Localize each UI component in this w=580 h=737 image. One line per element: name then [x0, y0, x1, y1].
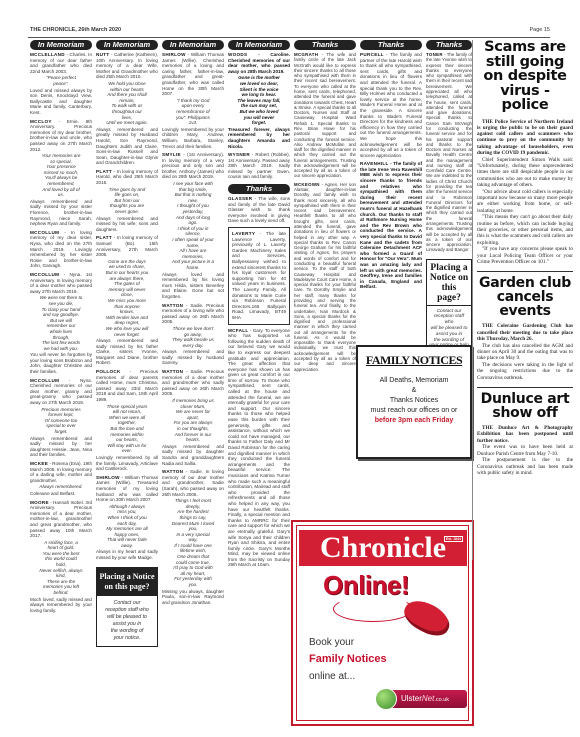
- column-divider: [472, 40, 473, 560]
- notice-name: LAVERTY: [232, 231, 255, 236]
- notice-item: MCCOLLUM - Nyna. 1st Anniversary. In lov…: [30, 272, 92, 375]
- notice-name: MCGRATH: [294, 52, 318, 57]
- mcfall-notice: MCFALL - Gary. To everyone who has suppo…: [228, 328, 290, 569]
- notice-name: PLATT: [96, 169, 112, 174]
- chronicle-logo: Chronicle Est. 1844: [299, 530, 467, 566]
- notice-name: WOODS: [228, 52, 247, 57]
- headline: Dunluce art show off: [477, 392, 573, 420]
- column-in-memoriam-1: In Memoriam MCCLELLAND - Charles. In mem…: [30, 40, 92, 616]
- notice-name: MCKEOWN: [294, 182, 320, 187]
- notice-closing: You will never be forgotten by your lovi…: [30, 352, 92, 374]
- section-header: In Memoriam: [96, 40, 158, 50]
- notice-name: MCCOLLUM: [30, 272, 59, 277]
- article-body: THE Police Service of Northern Ireland i…: [477, 119, 573, 266]
- placing-notice-box: Placing a Notice on this page? Contact o…: [96, 567, 158, 647]
- notice-verse: A smiling face, a heart of gold, You wer…: [30, 540, 92, 596]
- notice-body: - In loving memory of my dear sister, Ny…: [30, 230, 92, 269]
- notice-name: MCCLOY: [30, 119, 52, 124]
- notice-body: - The late Lawrence Laverty, previously …: [232, 231, 286, 320]
- notice-item: MOORE - Hannah Isobel. 3rd Anniversary. …: [30, 500, 92, 614]
- notice-body: - Precious memories of dear parents call…: [96, 369, 158, 402]
- notice-name: NUTT: [96, 52, 109, 57]
- notice-verse: Time goes by and life goes on, But from …: [96, 187, 158, 215]
- notice-verse: Your memories are so special, Your prese…: [30, 153, 92, 198]
- book-online-text: Book your Family Notices online at...: [309, 634, 387, 685]
- notice-closing: Always remembered and greatly missed by …: [96, 127, 158, 166]
- section-header: In Memoriam: [228, 40, 290, 50]
- notice-verse: "Peace perfect peace".: [30, 75, 92, 86]
- notice-item: MCKEE - Rosena (Ena). 19th March 2005. I…: [30, 461, 92, 497]
- notice-closing: Always remembered and sadly missed by da…: [162, 444, 224, 466]
- mouse-cable-icon: [333, 596, 413, 622]
- news-article-garden-club: Garden club cancels events THE Coleraine…: [477, 276, 573, 381]
- notice-name: WYSNER: [228, 152, 250, 157]
- notice-closing: Always remembered and sadly missed by hu…: [162, 349, 224, 365]
- notice-item: SMYLIE - (1st Anniversary). In loving me…: [162, 152, 224, 299]
- notice-item: PLATT - In loving memory of Samuel (Bo).…: [96, 235, 158, 366]
- news-article-scams: Scams are still going on despite virus -…: [477, 40, 573, 265]
- laverty-notice-box: LAVERTY - The late Lawrence Laverty, pre…: [228, 227, 290, 325]
- column-thanks-2: Thanks PURCELL - The family and partner …: [360, 40, 422, 293]
- notice-verse: If memories bring us closer Mum, We are …: [162, 398, 224, 443]
- notice-closing: Coleraine and Belfast.: [30, 491, 75, 496]
- article-body: THE Dunluce Art & Photography Exhibition…: [477, 425, 573, 476]
- chronicle-online-ad[interactable]: Chronicle Est. 1844 Online! Book your Fa…: [291, 520, 474, 726]
- notice-item: WATTON - Sadie. Precious memories of a l…: [162, 303, 224, 367]
- section-header: In Memoriam: [30, 40, 92, 50]
- notice-item: MCCLELLAND - Charles. In memory of our d…: [30, 52, 92, 116]
- notice-verse: Always remembered.: [30, 484, 92, 490]
- notice-name: MCCLELLAND: [30, 52, 65, 57]
- article-body: THE Coleraine Gardening Club has cancell…: [477, 323, 573, 381]
- notice-body: - Hannah Isobel. 3rd Anniversary. Precio…: [30, 500, 92, 539]
- notice-body: - The family of the late Irene Vera Rave…: [360, 161, 422, 289]
- notice-closing: Always in my heart and sadly missed by y…: [96, 549, 158, 560]
- notice-item: RAVENHILL - The family of the late Irene…: [360, 161, 422, 290]
- family-notices-title: FAMILY NOTICES: [358, 353, 470, 368]
- placing-notice-title: Placing a Notice on this page?: [427, 260, 471, 306]
- notice-item: TONER - The family of the late Yvonne wi…: [426, 52, 472, 253]
- news-article-dunluce: Dunluce art show off THE Dunluce Art & P…: [477, 392, 573, 476]
- notice-verse: Gone is the mother we loved so dear, Sil…: [228, 75, 290, 125]
- notice-verse: Gone are the days we used to share, But …: [96, 259, 158, 337]
- notice-name: POLLOCK: [96, 369, 121, 374]
- notice-name: WATTON: [162, 303, 183, 308]
- masthead: THE CHRONICLE, 26th March 2020 Page 15: [28, 26, 550, 38]
- est-badge: Est. 1844: [444, 536, 463, 542]
- column-thanks-3: Thanks TONER - The family of the late Yv…: [426, 40, 472, 371]
- notice-item: WATTON - Sadie. In loving memory of our …: [162, 469, 224, 605]
- notice-name: MOORE: [30, 500, 49, 505]
- news-column: Scams are still going on despite virus -…: [477, 40, 573, 477]
- family-notices-deadline: before 3pm each Friday: [358, 416, 470, 426]
- family-notices-label: Family Notices: [309, 651, 387, 668]
- ulsternet-button[interactable]: UlsterNet.co.uk: [379, 690, 467, 708]
- notice-item: SHIRLOW - William Thomas James (Willie).…: [96, 475, 158, 561]
- section-header: In Memoriam: [162, 40, 224, 50]
- notice-body: - The family and partner of the late Har…: [360, 52, 422, 158]
- notice-name: SHIRLOW: [96, 475, 120, 480]
- notice-item: SHIRLOW - William Thomas James (Willie).…: [162, 52, 224, 149]
- notice-closing: Always remembered and sadly missed by yo…: [30, 199, 92, 226]
- notice-name: PURCELL: [360, 52, 384, 57]
- notice-closing: Always loved and remembered by his lovin…: [162, 272, 224, 299]
- notice-verse: Those we love don't go away, They walk b…: [162, 326, 224, 348]
- article-separator: [477, 271, 573, 272]
- notice-item: NUTT - Catherine (Kathleen), 10th Annive…: [96, 52, 158, 166]
- family-notices-line: All Deaths, Memoriam: [358, 376, 470, 386]
- notice-name: GLASSER: [228, 196, 252, 201]
- column-thanks-1: Thanks MCGRATH - The wife and family cir…: [294, 40, 356, 375]
- notice-verse: We were not there to see you die, To cla…: [30, 295, 92, 351]
- notice-body: - William Thomas James (Willie). Cherish…: [162, 52, 224, 96]
- placing-notice-title: Placing a Notice on this page?: [97, 568, 157, 596]
- family-notices-box: FAMILY NOTICES All Deaths, Memoriam & Th…: [356, 345, 472, 459]
- notice-item: MCCOLLUM - Nyna. Cherished memories of o…: [30, 378, 92, 458]
- notice-item: POLLOCK - Precious memories of dear pare…: [96, 369, 158, 472]
- notice-closing: Much loved, sadly missed and always reme…: [30, 597, 92, 613]
- notice-item: GLASSER - The wife, sons and family of t…: [228, 196, 290, 224]
- notice-verse: Precious memories forever kept, Of someo…: [30, 407, 92, 435]
- notice-name: WATTON: [162, 469, 183, 474]
- notice-item: WOODS - Caroline. Cherished memories of …: [228, 52, 290, 149]
- notice-closing: Missing you always, daughter Paula, son-…: [162, 589, 224, 605]
- notice-item: MCGRATH - The wife and family circle of …: [294, 52, 356, 179]
- headline: Scams are still going on despite virus -…: [477, 40, 573, 113]
- notice-name: MCCOLLUM: [30, 230, 59, 235]
- notice-closing: Always remembered and sadly missed by hi…: [96, 338, 158, 365]
- family-notices-line: must reach our offices on or: [358, 406, 470, 416]
- notice-closing: Treasured forever, always remembered by …: [228, 127, 290, 149]
- section-header: Thanks: [294, 40, 356, 50]
- family-notices-line: Thanks Notices: [358, 396, 470, 406]
- column-in-memoriam-thanks: In Memoriam WOODS - Caroline. Cherished …: [228, 40, 290, 571]
- placing-notice-body: Contact our reception staff who will be …: [97, 596, 157, 646]
- headline: Garden club cancels events: [477, 276, 573, 318]
- family-notices-ampersand: &: [358, 386, 470, 396]
- notice-verse: "I thank my God upon every remembrance o…: [162, 98, 224, 126]
- notice-closing: Always remembered and sadly missed by he…: [30, 436, 92, 458]
- notice-body: - Ernie. 8th Anniversary. Precious memor…: [30, 119, 92, 152]
- notice-body: - Gary. To everyone who has supported us…: [228, 328, 290, 568]
- section-header: Thanks: [360, 40, 422, 50]
- notice-closing: Loved and missed always by son Denis, Kn…: [30, 88, 92, 115]
- notice-item: PURCELL - The family and partner of the …: [360, 52, 422, 158]
- notice-verse: We hold you close within our hearts And …: [96, 81, 158, 126]
- notice-name: MCKEE: [30, 461, 48, 466]
- notice-body: - Agnes. Her son Alastair, daughter-in-l…: [294, 182, 356, 372]
- notice-item: WATTON - Sadie. Precious memories of a d…: [162, 369, 224, 466]
- column-in-memoriam-2: In Memoriam NUTT - Catherine (Kathleen),…: [96, 40, 158, 647]
- notice-closing: Always remembered and missed by his wife…: [96, 216, 158, 232]
- notice-name: SMYLIE: [162, 152, 181, 157]
- notice-name: SHIRLOW: [162, 52, 186, 57]
- notice-verse: Although I always miss you, When I think…: [96, 504, 158, 549]
- notice-name: TONER: [426, 52, 443, 57]
- notice-verse: I see your face with that big smile, But…: [162, 181, 224, 271]
- notice-item: MCCLOY - Ernie. 8th Anniversary. Preciou…: [30, 119, 92, 227]
- notice-body: - The family of the late Yvonne wish to …: [426, 52, 472, 252]
- notice-name: PLATT: [96, 235, 112, 240]
- notice-closing: Lovingly remembered by your children Mar…: [162, 127, 224, 149]
- notice-body: - The wife and family circle of the late…: [294, 52, 356, 178]
- notice-name: WATTON: [162, 369, 183, 374]
- notice-name: MCCOLLUM: [30, 378, 59, 383]
- publication-date: THE CHRONICLE, 26th March 2020: [30, 27, 121, 33]
- notice-item: PLATT - In loving memory of Harold, who …: [96, 169, 158, 233]
- thanks-header: Thanks: [228, 184, 290, 194]
- notice-item: WYSNER - Robert (Robbie), 1st Anniversar…: [228, 152, 290, 180]
- notice-verse: Things I feel most deeply, Are the harde…: [162, 498, 224, 588]
- notice-verse: Those special years will not return, Whe…: [96, 404, 158, 454]
- section-header: Thanks: [426, 40, 472, 50]
- article-separator: [477, 387, 573, 388]
- column-in-memoriam-3: In Memoriam SHIRLOW - William Thomas Jam…: [162, 40, 224, 608]
- notice-item: MCKEOWN - Agnes. Her son Alastair, daugh…: [294, 182, 356, 372]
- globe-icon: [375, 688, 397, 710]
- notice-name: RAVENHILL: [360, 161, 389, 166]
- notice-name: MCFALL: [228, 328, 248, 333]
- notice-item: MCCOLLUM - In loving memory of my dear s…: [30, 230, 92, 269]
- notice-closing: Lovingly remembered by all the family. L…: [96, 455, 158, 471]
- page-number: Page 15: [530, 27, 551, 33]
